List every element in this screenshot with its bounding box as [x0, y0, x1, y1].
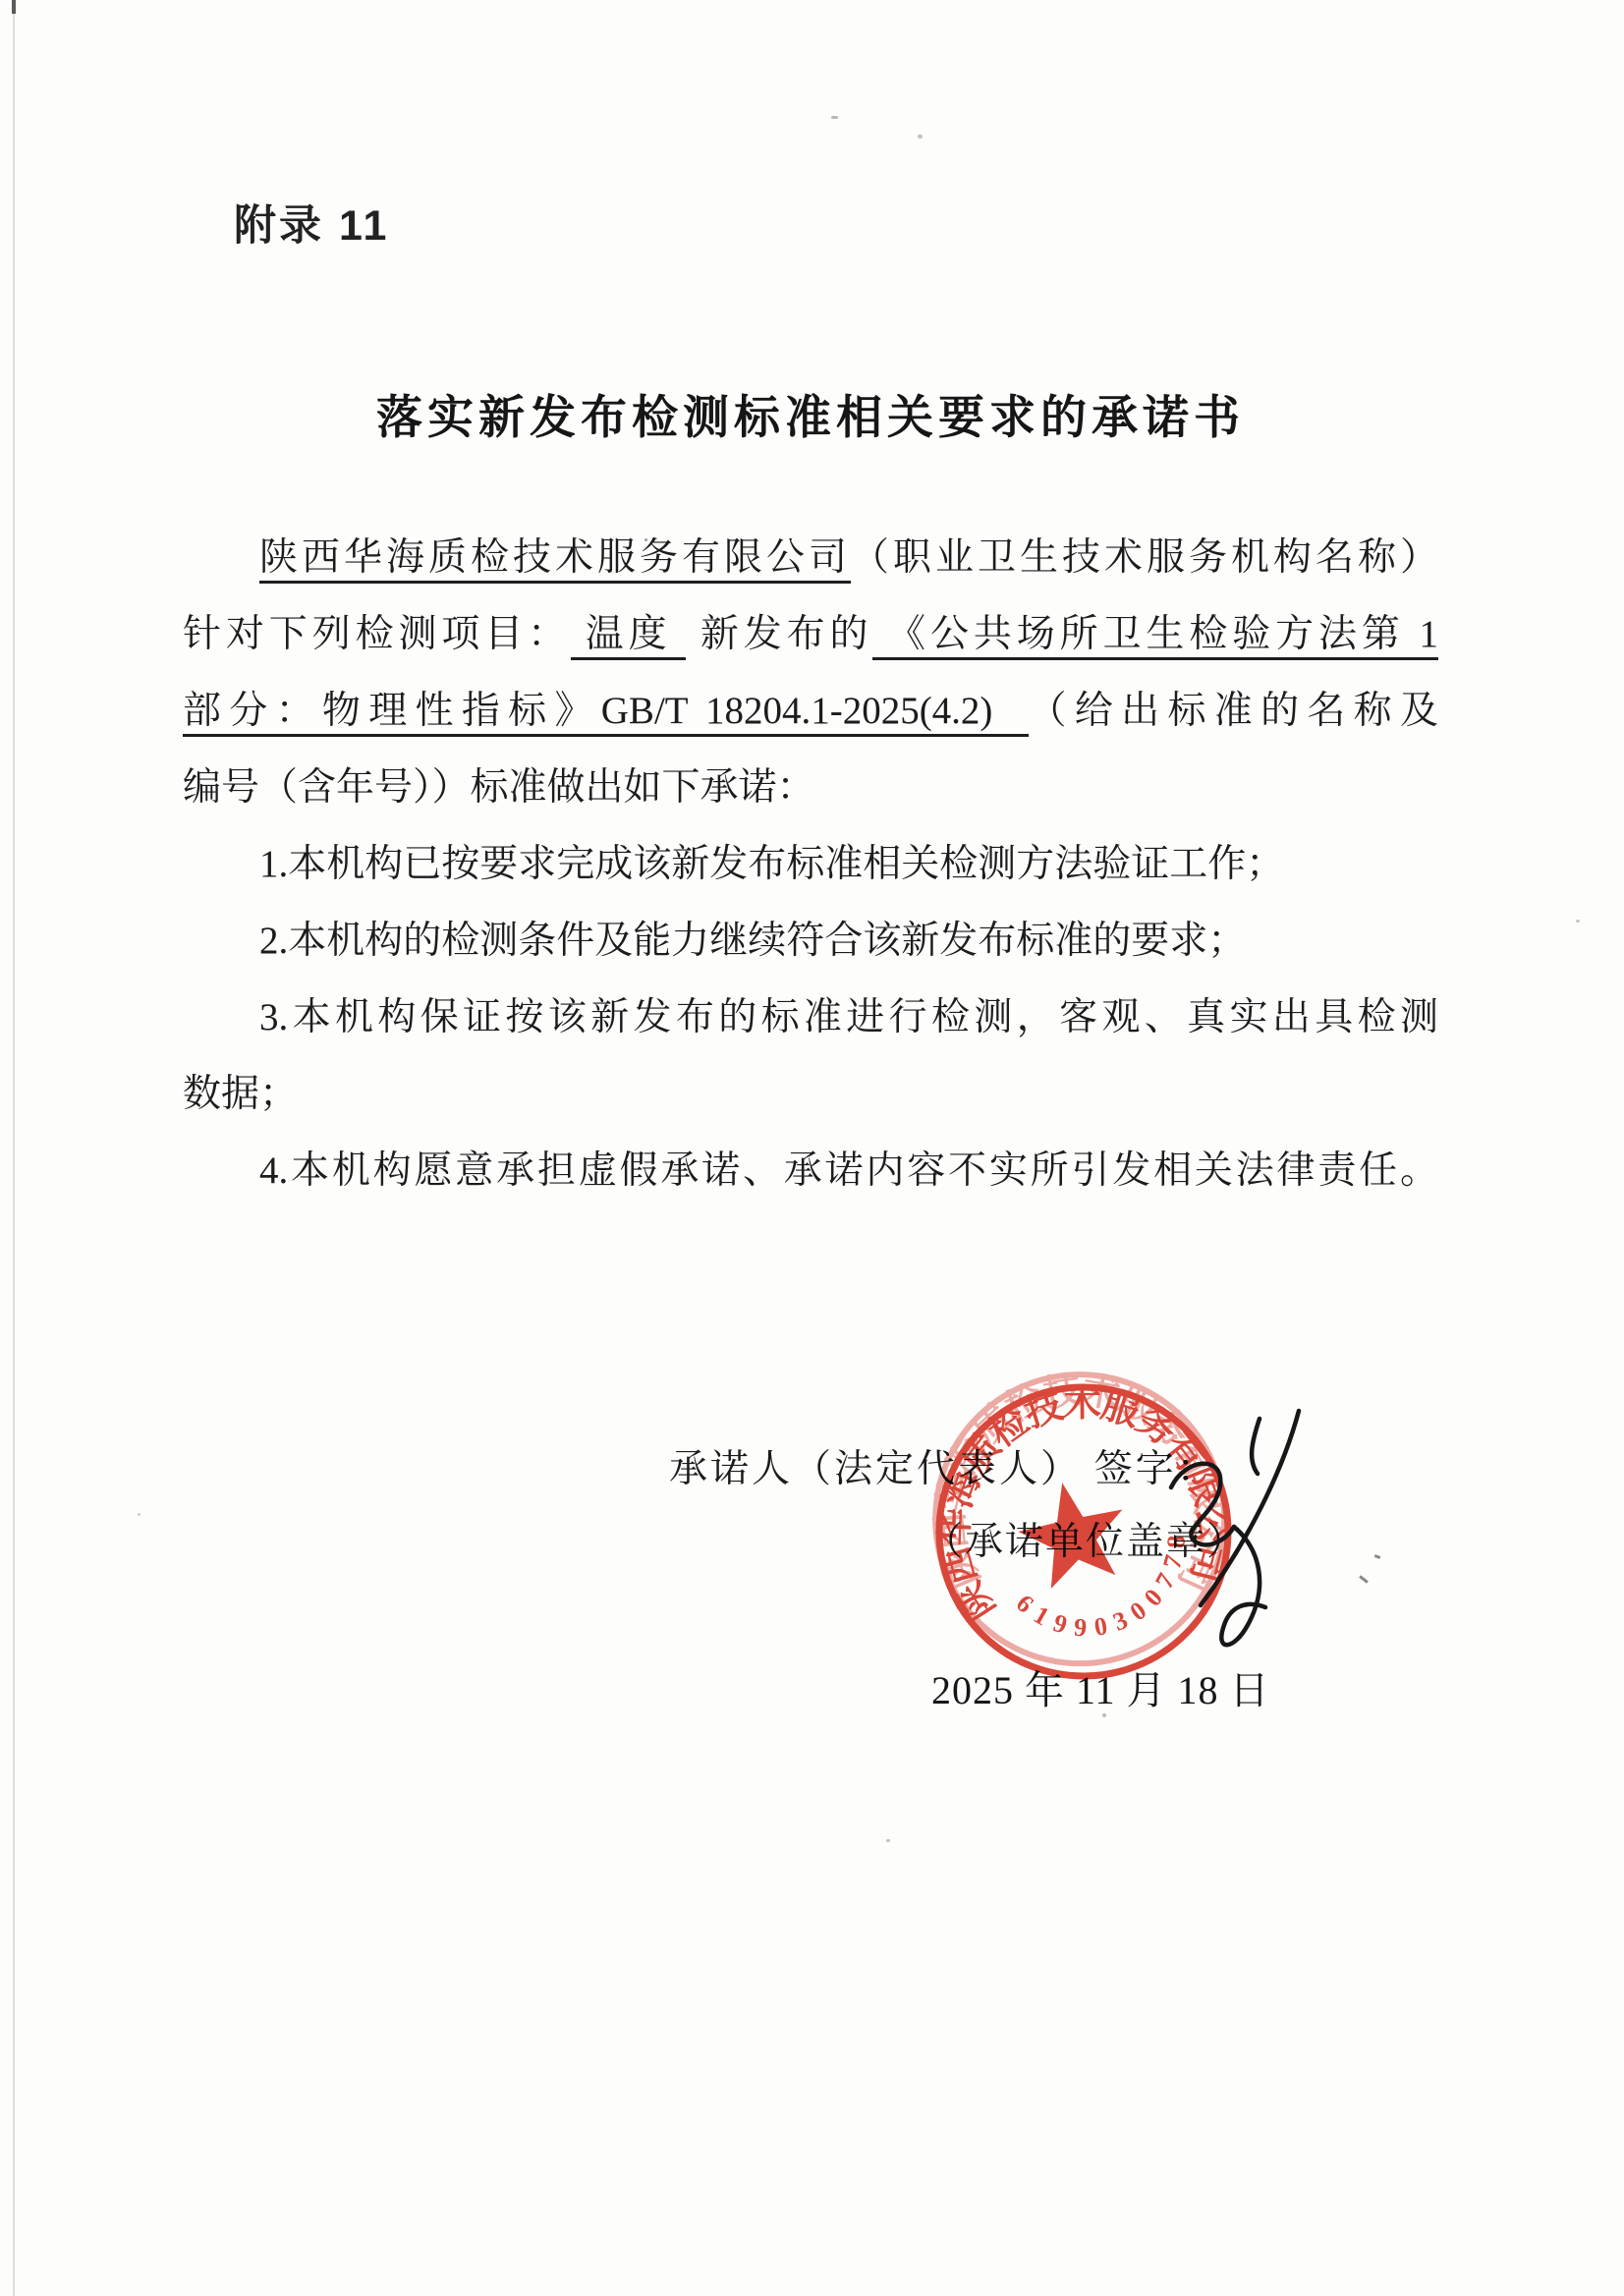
scan-speck — [918, 135, 923, 139]
body-line: 编号（含年号））标准做出如下承诺： — [183, 750, 1438, 826]
body-line: 数据； — [183, 1056, 1438, 1133]
text-segment: 2.本机构的检测条件及能力继续符合该新发布标准的要求； — [259, 920, 1246, 962]
text-segment: 针对下列检测项目： — [183, 613, 571, 655]
handwritten-signature — [1149, 1405, 1326, 1709]
underlined-segment-company-name: 陕西华海质检技术服务有限公司 — [259, 536, 851, 584]
page-title: 落实新发布检测标准相关要求的承诺书 — [183, 381, 1438, 447]
underlined-segment-standard-code: 部分：物理性指标》GB/T 18204.1-2025(4.2) — [183, 690, 1029, 737]
text-segment: （职业卫生技术服务机构名称） — [851, 536, 1438, 579]
appendix-label: 附录 11 — [234, 193, 389, 252]
scan-speck — [138, 1513, 140, 1516]
text-segment: 1.本机构已按要求完成该新发布标准相关检测方法验证工作； — [259, 843, 1284, 885]
text-segment: 4.本机构愿意承担虚假承诺、承诺内容不实所引发相关法律责任。 — [259, 1149, 1438, 1192]
body-line: 针对下列检测项目： 温度 新发布的 《公共场所卫生检验方法第 1 — [183, 596, 1438, 673]
body-line-item-1: 1.本机构已按要求完成该新发布标准相关检测方法验证工作； — [183, 826, 1438, 903]
body-line-item-3: 3.本机构保证按该新发布的标准进行检测，客观、真实出具检测 — [183, 980, 1438, 1056]
body-line-item-2: 2.本机构的检测条件及能力继续符合该新发布标准的要求； — [183, 903, 1438, 980]
body-line-item-4: 4.本机构愿意承担虚假承诺、承诺内容不实所引发相关法律责任。 — [183, 1133, 1438, 1209]
scan-edge-artifact — [13, 0, 15, 2296]
text-segment: 新发布的 — [686, 613, 872, 655]
document-page: 附录 11 落实新发布检测标准相关要求的承诺书 陕西华海质检技术服务有限公司（职… — [0, 0, 1624, 2296]
signature-stroke — [1201, 1411, 1299, 1605]
text-segment: （给出标准的名称及 — [1029, 690, 1438, 732]
body-line: 部分：物理性指标》GB/T 18204.1-2025(4.2) （给出标准的名称… — [183, 673, 1438, 750]
underlined-segment-test-item: 温度 — [571, 613, 686, 660]
scan-speck — [886, 1839, 890, 1842]
body-line: 陕西华海质检技术服务有限公司（职业卫生技术服务机构名称） — [183, 520, 1438, 596]
underlined-segment-standard-name: 《公共场所卫生检验方法第 1 — [872, 613, 1438, 660]
pen-stray-mark — [1359, 1575, 1369, 1584]
text-segment: 3.本机构保证按该新发布的标准进行检测，客观、真实出具检测 — [259, 996, 1438, 1038]
text-segment: 编号（含年号））标准做出如下承诺： — [183, 766, 815, 809]
stamp-star-icon — [1010, 1472, 1135, 1593]
text-segment: 数据； — [183, 1073, 298, 1115]
scan-edge-artifact-dark — [12, 0, 16, 14]
body-paragraph: 陕西华海质检技术服务有限公司（职业卫生技术服务机构名称） 针对下列检测项目： 温… — [183, 520, 1438, 1209]
signature-stroke — [1171, 1464, 1234, 1545]
scan-speck — [831, 116, 838, 119]
pen-stray-mark — [1374, 1554, 1381, 1559]
signature-stroke — [1252, 1419, 1260, 1474]
scan-speck — [1576, 920, 1580, 923]
